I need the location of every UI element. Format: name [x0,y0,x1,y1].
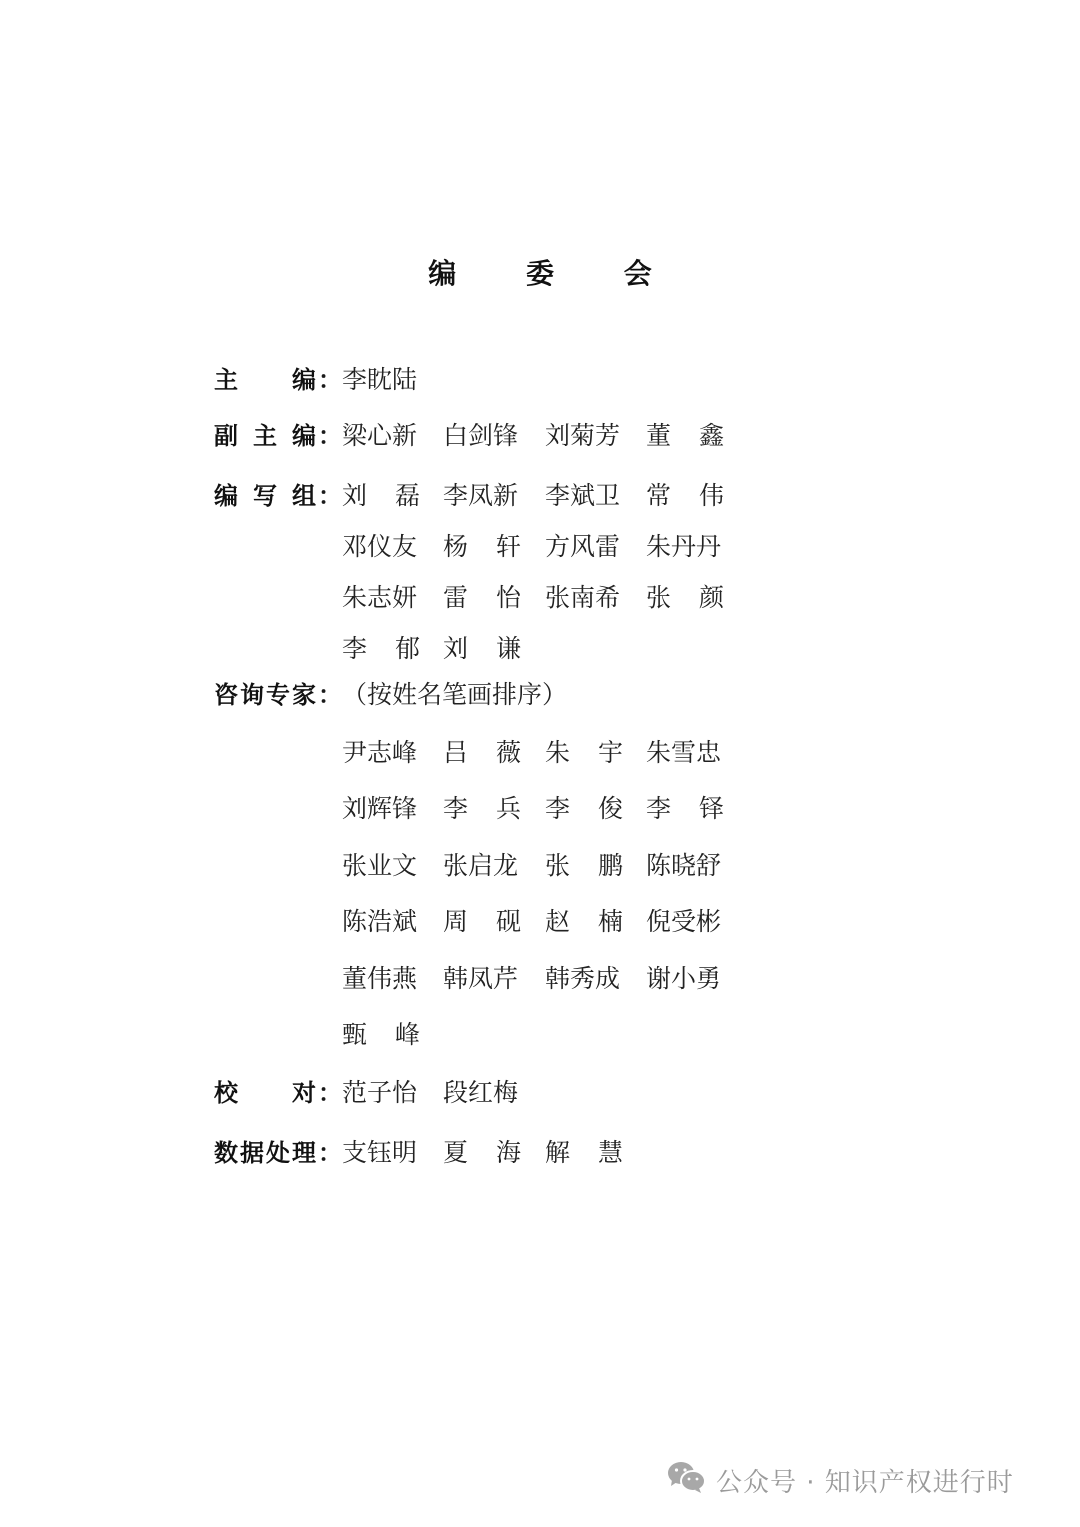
person-name: 方风雷 [545,530,623,564]
person-name: 李斌卫 [545,479,623,513]
person-name: 董伟燕 [342,962,420,996]
person-name: 李郁 [342,632,420,666]
person-name: 段红梅 [443,1076,521,1110]
person-name: 杨轩 [443,530,521,564]
person-name: 张颜 [646,581,724,615]
sort-note: （按姓名笔画排序） [342,678,567,712]
person-name: 周砚 [443,905,521,939]
person-name: 邓仪友 [342,530,420,564]
person-name: 范子怡 [342,1076,420,1110]
label-char: 询 [240,678,264,712]
person-name: 韩秀成 [545,962,623,996]
person-name: 李俊 [545,792,623,826]
colon: ： [318,479,342,513]
label-char: 写 [253,479,277,513]
person-name: 张业文 [342,849,420,883]
label-char: 编 [292,363,316,397]
person-name: 张启龙 [443,849,521,883]
person-name: 董鑫 [646,419,724,453]
person-name: 朱丹丹 [646,530,724,564]
person-name: 李兵 [443,792,521,826]
person-name: 夏海 [443,1136,521,1170]
person-name: 常伟 [646,479,724,513]
person-name: 张鹏 [545,849,623,883]
label-char: 数 [214,1136,238,1170]
label-char: 副 [214,419,238,453]
person-name: 倪受彬 [646,905,724,939]
person-name: 解慧 [545,1136,623,1170]
label-char: 编 [292,419,316,453]
colon: ： [318,678,342,712]
watermark-text: 公众号 · 知识产权进行时 [716,1462,1014,1499]
watermark: 公众号 · 知识产权进行时 [666,1460,1014,1500]
colon: ： [318,1076,342,1110]
person-name: 李铎 [646,792,724,826]
person-name: 谢小勇 [646,962,724,996]
colon: ： [318,419,342,453]
person-name: 陈浩斌 [342,905,420,939]
label-char: 处 [266,1136,290,1170]
label-char: 家 [292,678,316,712]
person-name: 李眈陆 [342,363,420,397]
person-name: 刘谦 [443,632,521,666]
person-name: 朱志妍 [342,581,420,615]
page-title: 编 委 会 [0,252,1080,292]
label-char: 理 [292,1136,316,1170]
person-name: 支钰明 [342,1136,420,1170]
person-name: 甄峰 [342,1018,420,1052]
person-name: 韩凤芹 [443,962,521,996]
person-name: 朱雪忠 [646,736,724,770]
person-name: 梁心新 [342,419,420,453]
person-name: 刘辉锋 [342,792,420,826]
colon: ： [318,363,342,397]
person-name: 陈晓舒 [646,849,724,883]
label-char: 咨 [214,678,238,712]
label-char: 主 [253,419,277,453]
person-name: 李凤新 [443,479,521,513]
person-name: 赵楠 [545,905,623,939]
person-name: 尹志峰 [342,736,420,770]
person-name: 朱宇 [545,736,623,770]
label-char: 校 [214,1076,238,1110]
label-char: 对 [292,1076,316,1110]
person-name: 雷怡 [443,581,521,615]
person-name: 张南希 [545,581,623,615]
person-name: 刘菊芳 [545,419,623,453]
person-name: 吕薇 [443,736,521,770]
label-char: 编 [214,479,238,513]
wechat-icon [666,1460,716,1501]
label-char: 组 [292,479,316,513]
person-name: 白剑锋 [443,419,521,453]
person-name: 刘磊 [342,479,420,513]
label-char: 主 [214,363,238,397]
label-char: 据 [240,1136,264,1170]
label-char: 专 [266,678,290,712]
colon: ： [318,1136,342,1170]
